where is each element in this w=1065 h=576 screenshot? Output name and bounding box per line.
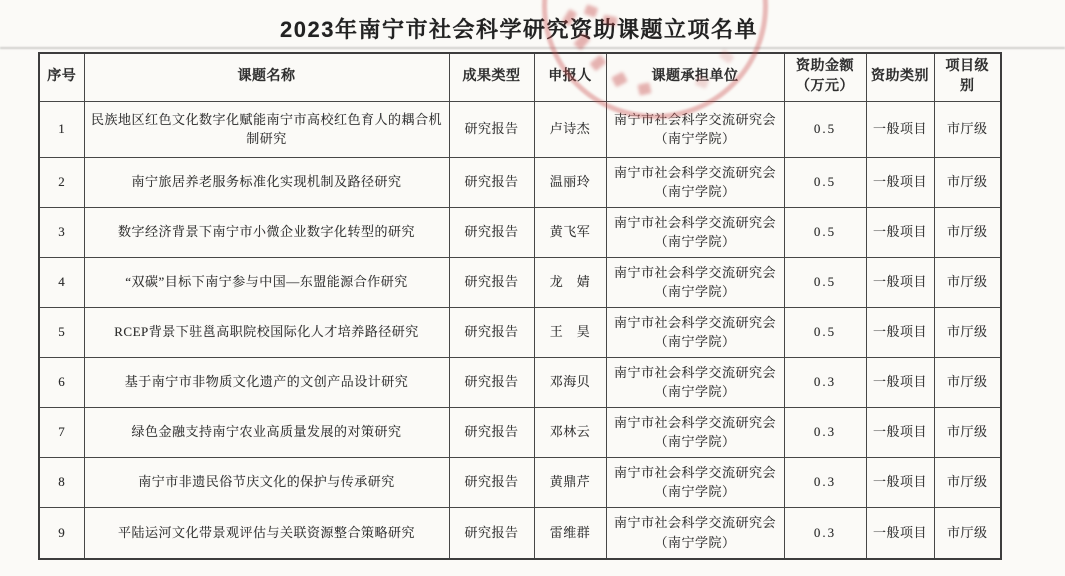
table-row: 5 RCEP背景下驻邕高职院校国际化人才培养路径研究 研究报告 王 昊 南宁市社… [39,307,1001,357]
cell-unit: 南宁市社会科学交流研究会（南宁学院） [606,407,784,457]
cell-seq: 6 [39,357,84,407]
cell-seq: 9 [39,507,84,559]
cell-category: 一般项目 [866,101,934,157]
cell-result-type: 研究报告 [449,157,534,207]
table-row: 1 民族地区红色文化数字化赋能南宁市高校红色育人的耦合机制研究 研究报告 卢诗杰… [39,101,1001,157]
cell-category: 一般项目 [866,307,934,357]
cell-category: 一般项目 [866,357,934,407]
cell-project-name: 平陆运河文化带景观评估与关联资源整合策略研究 [84,507,449,559]
table-row: 7 绿色金融支持南宁农业高质量发展的对策研究 研究报告 邓林云 南宁市社会科学交… [39,407,1001,457]
cell-unit: 南宁市社会科学交流研究会（南宁学院） [606,257,784,307]
header-project-name: 课题名称 [84,53,449,101]
cell-unit: 南宁市社会科学交流研究会（南宁学院） [606,507,784,559]
cell-level: 市厅级 [934,357,1001,407]
cell-amount: 0.5 [784,307,866,357]
cell-amount: 0.3 [784,357,866,407]
cell-applicant: 龙 婧 [534,257,606,307]
cell-unit: 南宁市社会科学交流研究会（南宁学院） [606,457,784,507]
table-header: 序号 课题名称 成果类型 申报人 课题承担单位 资助金额（万元） 资助类别 项目… [39,53,1001,101]
scan-fold-line [0,47,1065,49]
header-row: 序号 课题名称 成果类型 申报人 课题承担单位 资助金额（万元） 资助类别 项目… [39,53,1001,101]
projects-table: 序号 课题名称 成果类型 申报人 课题承担单位 资助金额（万元） 资助类别 项目… [38,52,1002,560]
cell-unit: 南宁市社会科学交流研究会（南宁学院） [606,101,784,157]
cell-result-type: 研究报告 [449,407,534,457]
header-unit: 课题承担单位 [606,53,784,101]
cell-category: 一般项目 [866,157,934,207]
cell-applicant: 黄鼎芹 [534,457,606,507]
cell-amount: 0.5 [784,257,866,307]
cell-category: 一般项目 [866,507,934,559]
cell-seq: 4 [39,257,84,307]
cell-applicant: 雷维群 [534,507,606,559]
cell-level: 市厅级 [934,507,1001,559]
cell-project-name: 民族地区红色文化数字化赋能南宁市高校红色育人的耦合机制研究 [84,101,449,157]
cell-project-name: 数字经济背景下南宁市小微企业数字化转型的研究 [84,207,449,257]
header-applicant: 申报人 [534,53,606,101]
cell-amount: 0.3 [784,457,866,507]
cell-project-name: 南宁旅居养老服务标准化实现机制及路径研究 [84,157,449,207]
cell-seq: 2 [39,157,84,207]
cell-category: 一般项目 [866,257,934,307]
cell-applicant: 温丽玲 [534,157,606,207]
cell-applicant: 邓海贝 [534,357,606,407]
cell-level: 市厅级 [934,157,1001,207]
cell-project-name: 基于南宁市非物质文化遗产的文创产品设计研究 [84,357,449,407]
cell-level: 市厅级 [934,407,1001,457]
cell-result-type: 研究报告 [449,457,534,507]
table-row: 2 南宁旅居养老服务标准化实现机制及路径研究 研究报告 温丽玲 南宁市社会科学交… [39,157,1001,207]
header-seq: 序号 [39,53,84,101]
cell-project-name: 绿色金融支持南宁农业高质量发展的对策研究 [84,407,449,457]
cell-project-name: RCEP背景下驻邕高职院校国际化人才培养路径研究 [84,307,449,357]
table-row: 8 南宁市非遗民俗节庆文化的保护与传承研究 研究报告 黄鼎芹 南宁市社会科学交流… [39,457,1001,507]
cell-result-type: 研究报告 [449,357,534,407]
cell-category: 一般项目 [866,407,934,457]
cell-unit: 南宁市社会科学交流研究会（南宁学院） [606,307,784,357]
cell-unit: 南宁市社会科学交流研究会（南宁学院） [606,357,784,407]
cell-seq: 7 [39,407,84,457]
cell-project-name: 南宁市非遗民俗节庆文化的保护与传承研究 [84,457,449,507]
cell-unit: 南宁市社会科学交流研究会（南宁学院） [606,207,784,257]
cell-seq: 8 [39,457,84,507]
table-row: 3 数字经济背景下南宁市小微企业数字化转型的研究 研究报告 黄飞军 南宁市社会科… [39,207,1001,257]
cell-seq: 1 [39,101,84,157]
cell-category: 一般项目 [866,207,934,257]
table-body: 1 民族地区红色文化数字化赋能南宁市高校红色育人的耦合机制研究 研究报告 卢诗杰… [39,101,1001,559]
cell-category: 一般项目 [866,457,934,507]
table-row: 4 “双碳”目标下南宁参与中国—东盟能源合作研究 研究报告 龙 婧 南宁市社会科… [39,257,1001,307]
cell-level: 市厅级 [934,457,1001,507]
cell-project-name: “双碳”目标下南宁参与中国—东盟能源合作研究 [84,257,449,307]
header-level: 项目级别 [934,53,1001,101]
cell-level: 市厅级 [934,257,1001,307]
cell-amount: 0.5 [784,207,866,257]
header-category: 资助类别 [866,53,934,101]
cell-amount: 0.5 [784,101,866,157]
cell-applicant: 黄飞军 [534,207,606,257]
header-result-type: 成果类型 [449,53,534,101]
cell-seq: 3 [39,207,84,257]
cell-level: 市厅级 [934,101,1001,157]
table-row: 9 平陆运河文化带景观评估与关联资源整合策略研究 研究报告 雷维群 南宁市社会科… [39,507,1001,559]
cell-result-type: 研究报告 [449,101,534,157]
table-row: 6 基于南宁市非物质文化遗产的文创产品设计研究 研究报告 邓海贝 南宁市社会科学… [39,357,1001,407]
cell-result-type: 研究报告 [449,507,534,559]
cell-result-type: 研究报告 [449,307,534,357]
cell-amount: 0.3 [784,407,866,457]
cell-amount: 0.3 [784,507,866,559]
cell-amount: 0.5 [784,157,866,207]
cell-seq: 5 [39,307,84,357]
cell-unit: 南宁市社会科学交流研究会（南宁学院） [606,157,784,207]
page-title: 2023年南宁市社会科学研究资助课题立项名单 [38,13,1000,44]
cell-level: 市厅级 [934,307,1001,357]
cell-applicant: 卢诗杰 [534,101,606,157]
cell-result-type: 研究报告 [449,207,534,257]
cell-result-type: 研究报告 [449,257,534,307]
cell-level: 市厅级 [934,207,1001,257]
cell-applicant: 邓林云 [534,407,606,457]
cell-applicant: 王 昊 [534,307,606,357]
header-amount: 资助金额（万元） [784,53,866,101]
